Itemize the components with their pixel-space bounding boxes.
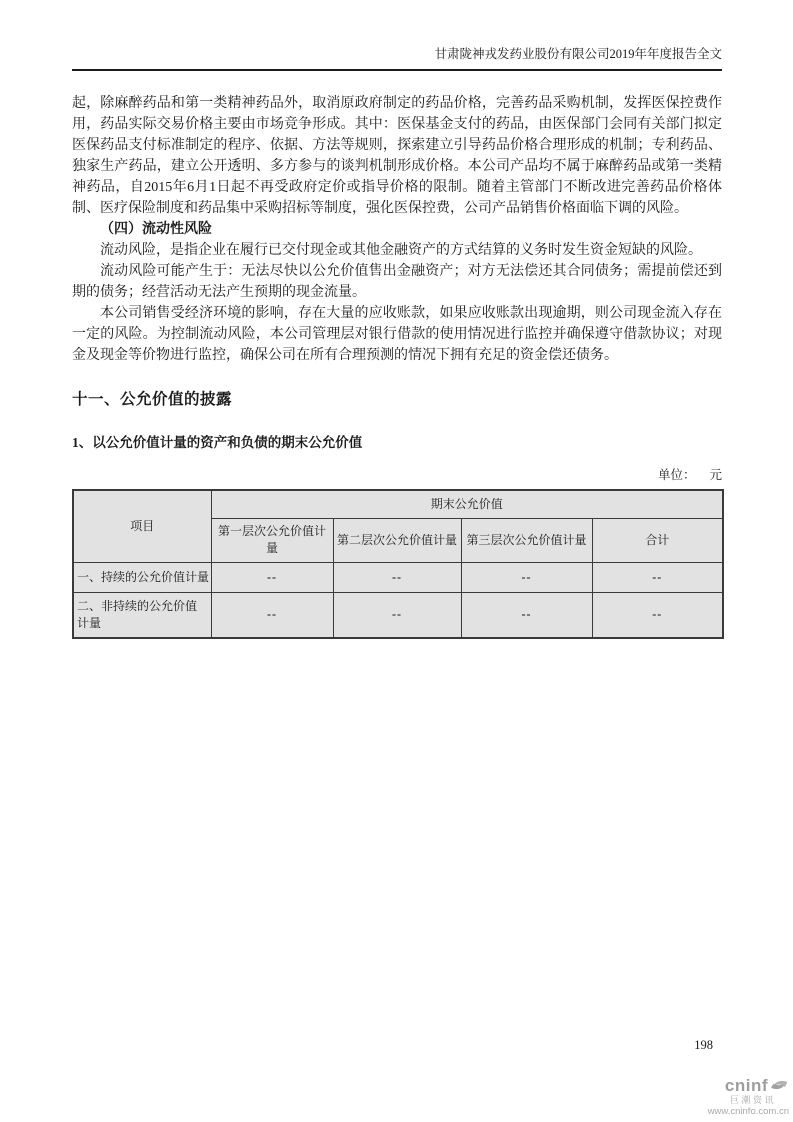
cell-non-continuous-level-2: -- [333,592,461,638]
document-body: 起，除麻醉药品和第一类精神药品外，取消原政府制定的药品价格，完善药品采购机制，发… [72,71,722,639]
fair-value-table: 项目 期末公允价值 第一层次公允价值计量 第二层次公允价值计量 第三层次公允价值… [72,489,724,639]
table-header-group: 期末公允价值 [211,490,723,518]
unit-line: 单位：元 [72,466,722,484]
table-row-non-continuous: 二、非持续的公允价值计量 -- -- -- -- [73,592,723,638]
paragraph-liquidity-control: 本公司销售受经济环境的影响，存在大量的应收账款，如果应收账款出现逾期，则公司现金… [72,303,722,366]
table-header-item: 项目 [73,490,211,562]
cell-continuous-total: -- [592,562,723,592]
table-header-row-group: 项目 期末公允价值 [73,490,723,518]
paragraph-liquidity-sources: 流动风险可能产生于：无法尽快以公允价值售出金融资产；对方无法偿还其合同债务；需提… [72,261,722,303]
cninfo-logo-top: cninf [697,1076,789,1094]
cell-continuous-level-2: -- [333,562,461,592]
table-header-level-1: 第一层次公允价值计量 [211,518,333,562]
cell-non-continuous-level-3: -- [461,592,592,638]
document-header-title: 甘肃陇神戎发药业股份有限公司2019年年度报告全文 [434,47,722,61]
row-label-continuous: 一、持续的公允价值计量 [73,562,211,592]
swirl-icon [769,1076,789,1094]
subsection-title-fair-value-assets: 1、以公允价值计量的资产和负债的期末公允价值 [72,433,722,453]
table-header-level-3: 第三层次公允价值计量 [461,518,592,562]
unit-label: 单位： [658,468,696,482]
report-page: { "header": { "title": "甘肃陇神戎发药业股份有限公司20… [0,0,793,1122]
cell-continuous-level-3: -- [461,562,592,592]
cninfo-cn-name: 巨潮资讯 [697,1096,776,1105]
table-header-total: 合计 [592,518,723,562]
table-header-level-2: 第二层次公允价值计量 [333,518,461,562]
heading-liquidity-risk: （四）流动性风险 [72,219,722,240]
cell-continuous-level-1: -- [211,562,333,592]
row-label-non-continuous: 二、非持续的公允价值计量 [73,592,211,638]
section-title-fair-value: 十一、公允价值的披露 [72,388,722,411]
page-number: 198 [694,1038,713,1053]
paragraph-price-policy-continuation: 起，除麻醉药品和第一类精神药品外，取消原政府制定的药品价格，完善药品采购机制，发… [72,93,722,219]
document-header: 甘肃陇神戎发药业股份有限公司2019年年度报告全文 [72,0,722,71]
cninfo-logo: cninf 巨潮资讯 www.cninfo.com.cn [697,1076,789,1117]
paragraph-liquidity-definition: 流动风险，是指企业在履行已交付现金或其他金融资产的方式结算的义务时发生资金短缺的… [72,240,722,261]
cninfo-url: www.cninfo.com.cn [697,1107,789,1117]
cninfo-brand-text: cninf [725,1077,768,1094]
table-row-continuous: 一、持续的公允价值计量 -- -- -- -- [73,562,723,592]
cell-non-continuous-total: -- [592,592,723,638]
unit-value: 元 [709,468,722,482]
cell-non-continuous-level-1: -- [211,592,333,638]
